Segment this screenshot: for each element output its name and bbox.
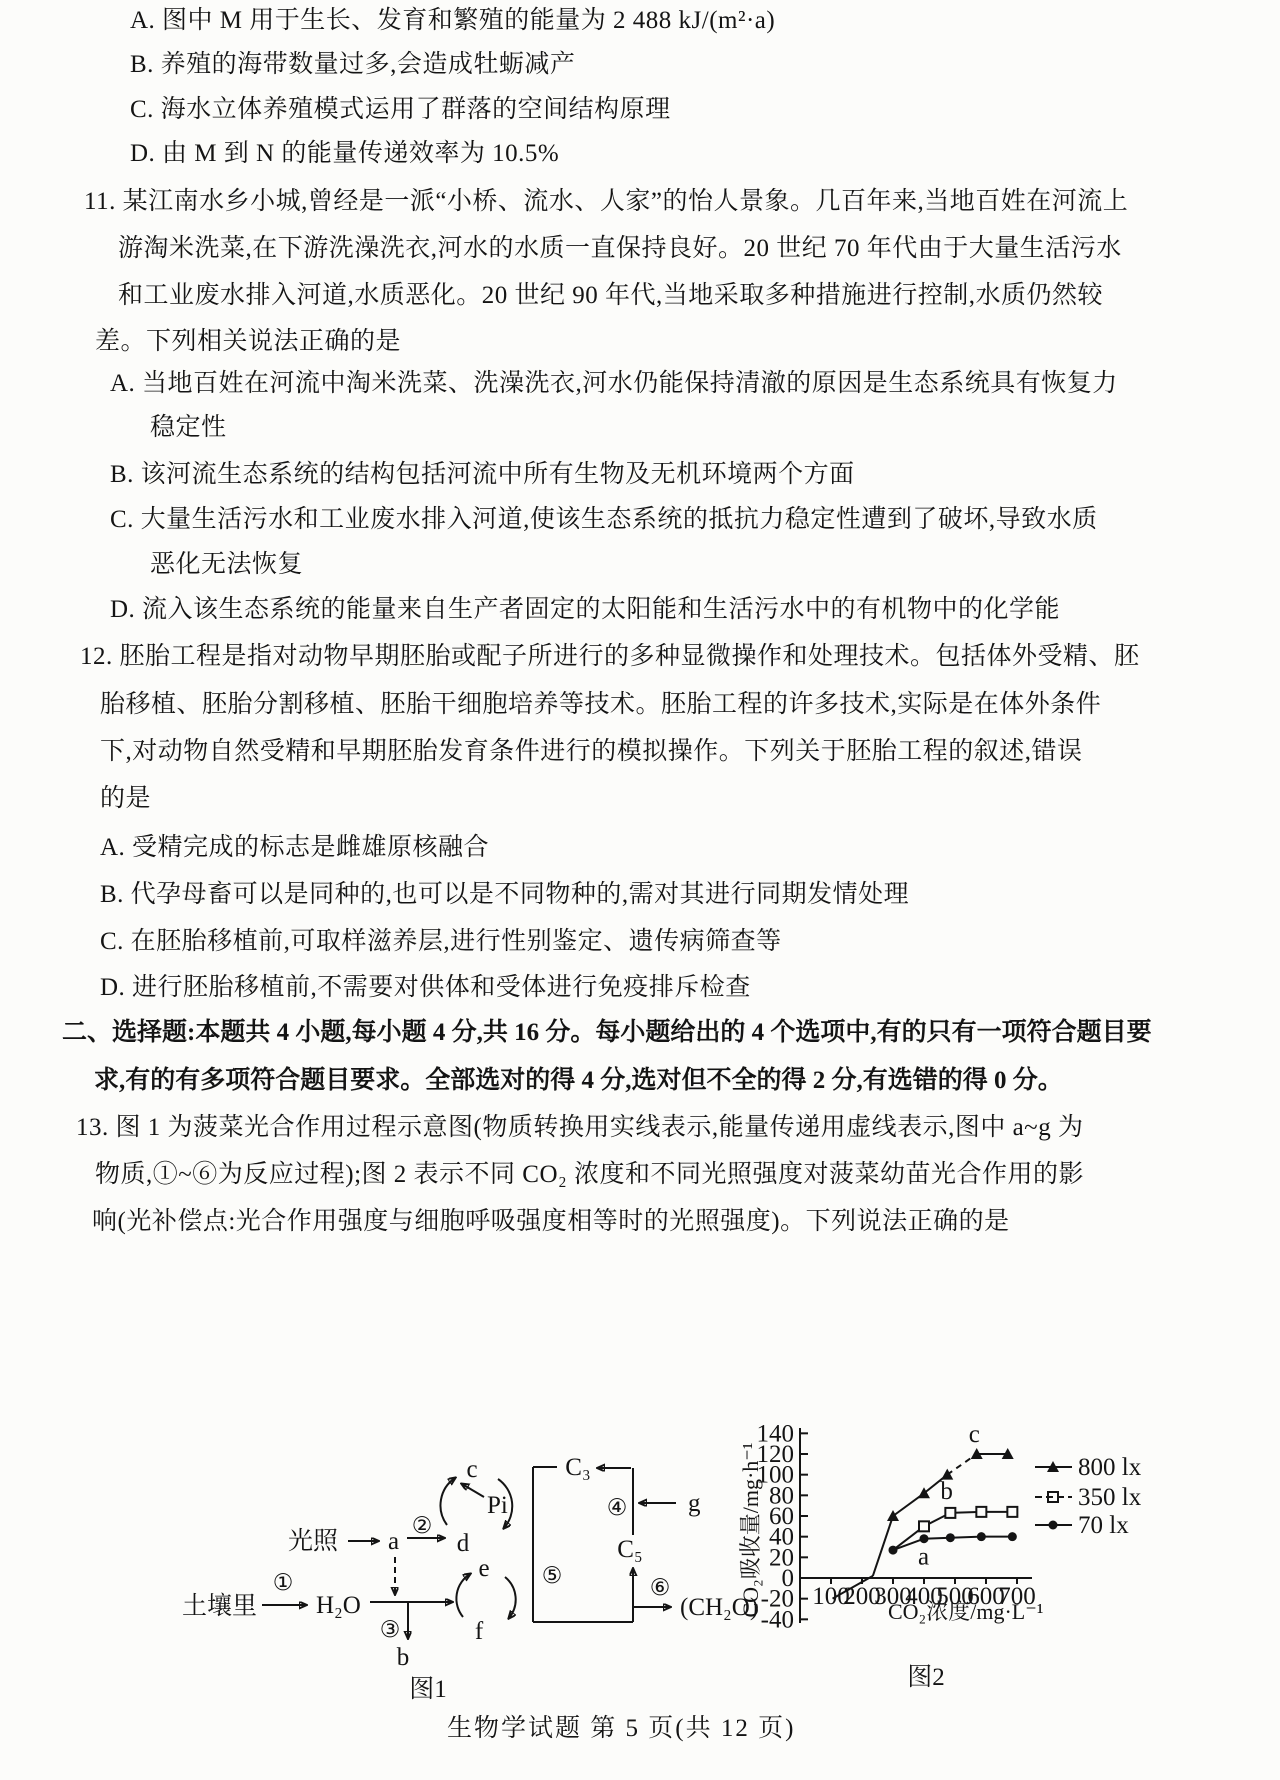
- fig1-substance-g: g: [688, 1490, 701, 1517]
- figure1-diagram: 光照 a ② c d Pi 土壤里 ① H₂O ③ b e f: [182, 1454, 758, 1703]
- fig1-substance-d: d: [457, 1530, 470, 1557]
- section2-header-line-2: 求,有的有多项符合题目要求。全部选对的得 4 分,选对但不全的得 2 分,有选错…: [94, 1066, 1063, 1096]
- q11-option-a-cont: 稳定性: [150, 413, 227, 443]
- svg-text:a: a: [918, 1544, 929, 1571]
- figures-area: 光照 a ② c d Pi 土壤里 ① H₂O ③ b e f: [0, 1245, 1280, 1725]
- page-footer: 生物学试题 第 5 页(共 12 页): [447, 1708, 795, 1744]
- q12-option-b: B. 代孕母畜可以是同种的,也可以是不同物种的,需对其进行同期发情处理: [100, 880, 909, 910]
- q11-option-c-cont: 恶化无法恢复: [150, 550, 303, 580]
- fig1-step-1: ①: [273, 1570, 294, 1596]
- fig1-substance-a: a: [388, 1528, 399, 1555]
- q11-stem-line-3: 和工业废水排入河道,水质恶化。20 世纪 90 年代,当地采取多种措施进行控制,…: [118, 281, 1103, 311]
- fig1-step-2: ②: [412, 1513, 433, 1539]
- fig1-caption: 图1: [409, 1676, 447, 1703]
- q12-option-c: C. 在胚胎移植前,可取样滋养层,进行性别鉴定、遗传病筛查等: [100, 927, 782, 957]
- figure2-chart: CO₂吸收量/mg·h⁻¹ CO₂浓度/mg·L⁻¹ 800 lx 350 lx…: [738, 1420, 1142, 1691]
- q11-option-b: B. 该河流生态系统的结构包括河流中所有生物及无机环境两个方面: [110, 460, 855, 490]
- q12-stem-line-3: 下,对动物自然受精和早期胚胎发育条件进行的模拟操作。下列关于胚胎工程的叙述,错误: [100, 737, 1083, 767]
- q10-option-c: C. 海水立体养殖模式运用了群落的空间结构原理: [130, 95, 671, 125]
- fig1-substance-c: c: [466, 1456, 477, 1483]
- svg-text:b: b: [940, 1478, 953, 1505]
- q11-stem-line-2: 游淘米洗菜,在下游洗澡洗衣,河水的水质一直保持良好。20 世纪 70 年代由于大…: [118, 234, 1122, 264]
- fig2-legend: 800 lx 350 lx 70 lx: [1035, 1454, 1142, 1539]
- q12-stem-line-1: 12. 胚胎工程是指对动物早期胚胎或配子所进行的多种显微操作和处理技术。包括体外…: [80, 642, 1140, 672]
- fig1-step-5: ⑤: [542, 1563, 563, 1589]
- exam-page: A. 图中 M 用于生长、发育和繁殖的能量为 2 488 kJ/(m²·a) B…: [0, 0, 1280, 1780]
- q10-option-b: B. 养殖的海带数量过多,会造成牡蛎减产: [130, 50, 575, 80]
- q12-stem-line-2: 胎移植、胚胎分割移植、胚胎干细胞培养等技术。胚胎工程的许多技术,实际是在体外条件: [100, 690, 1101, 720]
- fig1-substance-e: e: [478, 1555, 489, 1582]
- fig1-step-3: ③: [380, 1617, 401, 1643]
- svg-text:700: 700: [998, 1583, 1036, 1610]
- legend-70lx-label: 70 lx: [1078, 1512, 1129, 1539]
- fig1-cd-cycle-left-arrow: [440, 1478, 455, 1525]
- fig1-substance-b: b: [397, 1644, 410, 1671]
- section2-header-line-1: 二、选择题:本题共 4 小题,每小题 4 分,共 16 分。每小题给出的 4 个…: [62, 1018, 1152, 1048]
- fig1-step-4: ④: [607, 1495, 628, 1521]
- q11-stem-line-4: 差。下列相关说法正确的是: [95, 327, 401, 357]
- fig1-ef-cycle-right-arrow: [505, 1577, 516, 1618]
- q11-option-a: A. 当地百姓在河流中淘米洗菜、洗澡洗衣,河水仍能保持清澈的原因是生态系统具有恢…: [110, 369, 1118, 399]
- legend-350lx-label: 350 lx: [1078, 1484, 1142, 1511]
- q11-option-c: C. 大量生活污水和工业废水排入河道,使该生态系统的抵抗力稳定性遭到了破坏,导致…: [110, 505, 1098, 535]
- fig2-plot-series: 140120100806040200-20-401002003004005006…: [757, 1420, 1036, 1633]
- fig1-step-6: ⑥: [650, 1575, 671, 1601]
- fig1-ef-cycle-left-arrow: [456, 1574, 470, 1617]
- fig1-c3-label: C₃: [565, 1454, 590, 1481]
- legend-70lx-circle-icon: [1049, 1521, 1058, 1530]
- fig1-pi-label: Pi: [487, 1492, 508, 1519]
- fig1-substance-f: f: [475, 1618, 484, 1645]
- q12-stem-line-4: 的是: [100, 784, 151, 814]
- fig1-water-label: H₂O: [316, 1592, 361, 1619]
- q13-stem-line-3: 响(光补偿点:光合作用强度与细胞呼吸强度相等时的光照强度)。下列说法正确的是: [92, 1207, 1010, 1237]
- q12-option-a: A. 受精完成的标志是雌雄原核融合: [100, 833, 489, 863]
- fig1-c5-label: C₅: [617, 1536, 642, 1563]
- svg-text:-40: -40: [761, 1606, 794, 1633]
- fig1-light-label: 光照: [288, 1527, 339, 1555]
- q12-option-d: D. 进行胚胎移植前,不需要对供体和受体进行免疫排斥检查: [100, 973, 751, 1003]
- q13-stem-line-2: 物质,①~⑥为反应过程);图 2 表示不同 CO₂ 浓度和不同光照强度对菠菜幼苗…: [95, 1160, 1084, 1190]
- legend-800lx-label: 800 lx: [1078, 1454, 1142, 1481]
- fig1-soil-label: 土壤里: [182, 1592, 257, 1620]
- fig2-caption: 图2: [907, 1664, 945, 1691]
- q11-stem-line-1: 11. 某江南水乡小城,曾经是一派“小桥、流水、人家”的怡人景象。几百年来,当地…: [84, 187, 1128, 217]
- q10-option-a: A. 图中 M 用于生长、发育和繁殖的能量为 2 488 kJ/(m²·a): [130, 6, 775, 36]
- svg-text:c: c: [969, 1421, 980, 1448]
- q13-stem-line-1: 13. 图 1 为菠菜光合作用过程示意图(物质转换用实线表示,能量传递用虚线表示…: [76, 1113, 1083, 1143]
- q11-option-d: D. 流入该生态系统的能量来自生产者固定的太阳能和生活污水中的有机物中的化学能: [110, 595, 1060, 625]
- fig1-pi-arrow: [462, 1484, 484, 1497]
- q10-option-d: D. 由 M 到 N 的能量传递效率为 10.5%: [130, 139, 559, 169]
